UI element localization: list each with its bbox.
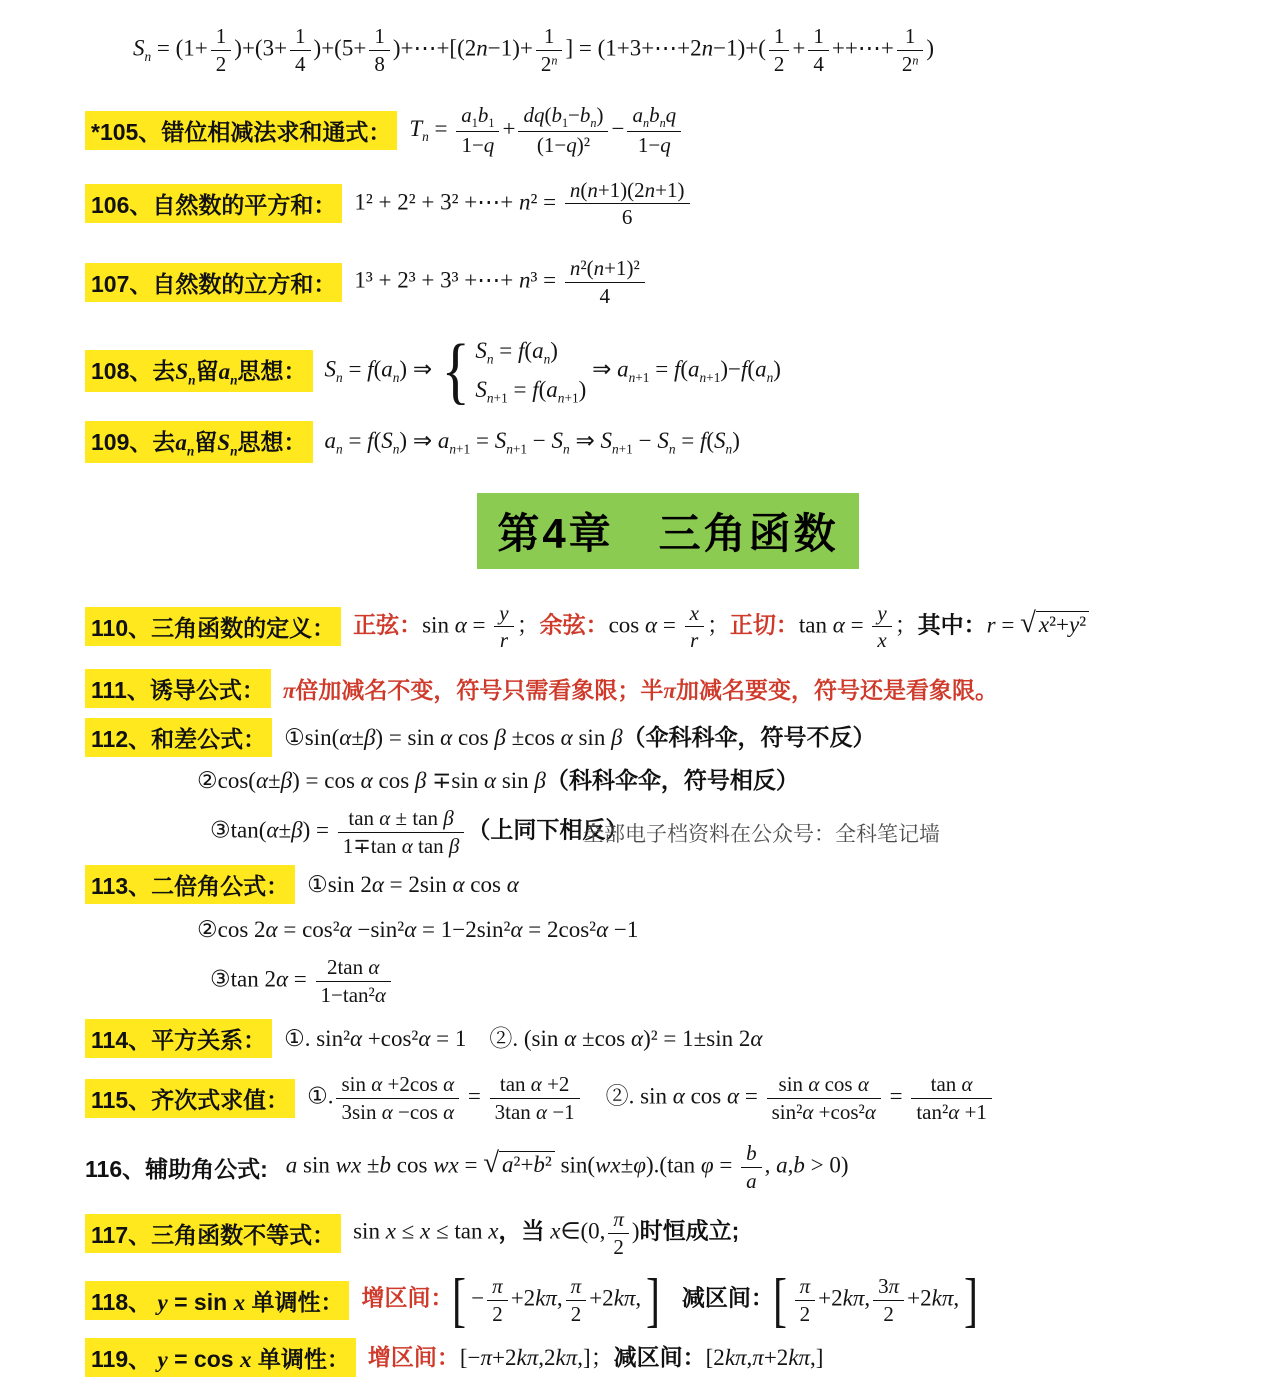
- watermark-text: 全部电子档资料在公众号：全科笔记墙: [583, 818, 940, 848]
- formula-label-119: 119、 y = cos x 单调性：: [85, 1338, 356, 1377]
- formula-label-115: 115、齐次式求值：: [85, 1079, 295, 1118]
- formula-body-113-line2: ②cos 2α = cos²α −sin²α = 1−2sin²α = 2cos…: [197, 914, 638, 945]
- formula-row-111: 111、诱导公式： π倍加减名不变，符号只需看象限；半π加减名要变，符号还是看象…: [85, 669, 1251, 708]
- formula-label-116: 116、辅助角公式:: [85, 1148, 274, 1187]
- formula-label-111: 111、诱导公式：: [85, 669, 271, 708]
- chapter-title: 第4章 三角函数: [477, 493, 858, 569]
- formula-row-119: 119、 y = cos x 单调性： 增区间：[−π+2kπ,2kπ,]；减区…: [85, 1338, 1251, 1377]
- formula-label-105: *105、错位相减法求和通式：: [85, 111, 397, 150]
- formula-sheet-page: Sn = (1+12)+(3+14)+(5+18)+⋯+[(2n−1)+12n]…: [0, 0, 1279, 1397]
- formula-body-112-line1: ①sin(α±β) = sin α cos β ±cos α sin β（伞科科…: [284, 722, 875, 753]
- formula-label-113: 113、二倍角公式：: [85, 865, 295, 904]
- formula-body-112-line2: ②cos(α±β) = cos α cos β ∓sin α sin β（科科伞…: [197, 765, 799, 796]
- formula-row-112b: ②cos(α±β) = cos α cos β ∓sin α sin β（科科伞…: [197, 765, 1251, 796]
- formula-body-109: an = f(Sn) ⇒ an+1 = Sn+1 − Sn ⇒ Sn+1 − S…: [325, 425, 740, 458]
- formula-row-108: 108、去Sn留an思想： Sn = f(an) ⇒ {Sn = f(an)Sn…: [85, 335, 1251, 408]
- formula-row-116: 116、辅助角公式: a sin wx ±b cos wx = √a²+b² s…: [85, 1141, 1251, 1194]
- formula-label-109: 109、去an留Sn思想：: [85, 421, 313, 462]
- chapter-banner-wrap: 第4章 三角函数: [85, 493, 1251, 569]
- formula-body-113-line3: ③tan 2α = 2tan α1−tan²α: [210, 955, 394, 1008]
- formula-body-112-line3: ③tan(α±β) = tan α ± tan β1∓tan α tan β（上…: [210, 806, 628, 859]
- formula-row-107: 107、自然数的立方和： 1³ + 2³ + 3³ +⋯+ n³ = n²(n+…: [85, 256, 1251, 309]
- formula-row-118: 118、 y = sin x 单调性： 增区间：[ −π2+2kπ,π2+2kπ…: [85, 1274, 1251, 1327]
- formula-row-112: 112、和差公式： ①sin(α±β) = sin α cos β ±cos α…: [85, 718, 1251, 757]
- formula-row-113: 113、二倍角公式： ①sin 2α = 2sin α cos α: [85, 865, 1251, 904]
- formula-label-118: 118、 y = sin x 单调性：: [85, 1281, 349, 1320]
- formula-label-114: 114、平方关系：: [85, 1019, 272, 1058]
- formula-row-106: 106、自然数的平方和： 1² + 2² + 3² +⋯+ n² = n(n+1…: [85, 178, 1251, 231]
- formula-label-117: 117、三角函数不等式：: [85, 1214, 341, 1253]
- intro-series-formula: Sn = (1+12)+(3+14)+(5+18)+⋯+[(2n−1)+12n]…: [133, 24, 1251, 77]
- formula-body-108: Sn = f(an) ⇒ {Sn = f(an)Sn+1 = f(an+1) ⇒…: [325, 335, 781, 408]
- formula-body-118: 增区间：[ −π2+2kπ,π2+2kπ, ] 减区间：[ π2+2kπ,3π2…: [361, 1274, 976, 1327]
- formula-label-110: 110、三角函数的定义：: [85, 607, 341, 646]
- formula-body-115: ①.sin α +2cos α3sin α −cos α = tan α +23…: [307, 1072, 995, 1125]
- formula-row-110: 110、三角函数的定义： 正弦：sin α = yr；余弦：cos α = xr…: [85, 601, 1251, 654]
- formula-row-105: *105、错位相减法求和通式： Tn = a1b11−q+dq(b1−bn)(1…: [85, 103, 1251, 158]
- formula-label-112: 112、和差公式：: [85, 718, 272, 757]
- formula-row-115: 115、齐次式求值： ①.sin α +2cos α3sin α −cos α …: [85, 1072, 1251, 1125]
- formula-body-105: Tn = a1b11−q+dq(b1−bn)(1−q)²−anbnq1−q: [409, 103, 684, 158]
- formula-row-113c: ③tan 2α = 2tan α1−tan²α: [210, 955, 1251, 1008]
- formula-body-107: 1³ + 2³ + 3³ +⋯+ n³ = n²(n+1)²4: [354, 256, 647, 309]
- formula-body-117: sin x ≤ x ≤ tan x，当 x∈(0,π2)时恒成立;: [353, 1207, 739, 1260]
- formula-body-116: a sin wx ±b cos wx = √a²+b² sin(wx±φ).(t…: [286, 1141, 849, 1194]
- formula-label-108: 108、去Sn留an思想：: [85, 350, 313, 391]
- formula-body-114: ①. sin²α +cos²α = 1 ②. (sin α ±cos α)² =…: [284, 1023, 762, 1054]
- formula-body-113-line1: ①sin 2α = 2sin α cos α: [307, 869, 519, 900]
- formula-body-110: 正弦：sin α = yr；余弦：cos α = xr；正切：tan α = y…: [353, 601, 1089, 654]
- formula-row-117: 117、三角函数不等式： sin x ≤ x ≤ tan x，当 x∈(0,π2…: [85, 1207, 1251, 1260]
- formula-row-114: 114、平方关系： ①. sin²α +cos²α = 1 ②. (sin α …: [85, 1019, 1251, 1058]
- formula-row-109: 109、去an留Sn思想： an = f(Sn) ⇒ an+1 = Sn+1 −…: [85, 421, 1251, 462]
- formula-label-107: 107、自然数的立方和：: [85, 263, 342, 302]
- formula-row-113b: ②cos 2α = cos²α −sin²α = 1−2sin²α = 2cos…: [197, 914, 1251, 945]
- formula-body-119: 增区间：[−π+2kπ,2kπ,]；减区间：[2kπ,π+2kπ,]: [368, 1342, 824, 1373]
- formula-label-106: 106、自然数的平方和：: [85, 184, 342, 223]
- formula-body-111: π倍加减名不变，符号只需看象限；半π加减名要变，符号还是看象限。: [283, 672, 998, 705]
- formula-body-106: 1² + 2² + 3² +⋯+ n² = n(n+1)(2n+1)6: [354, 178, 692, 231]
